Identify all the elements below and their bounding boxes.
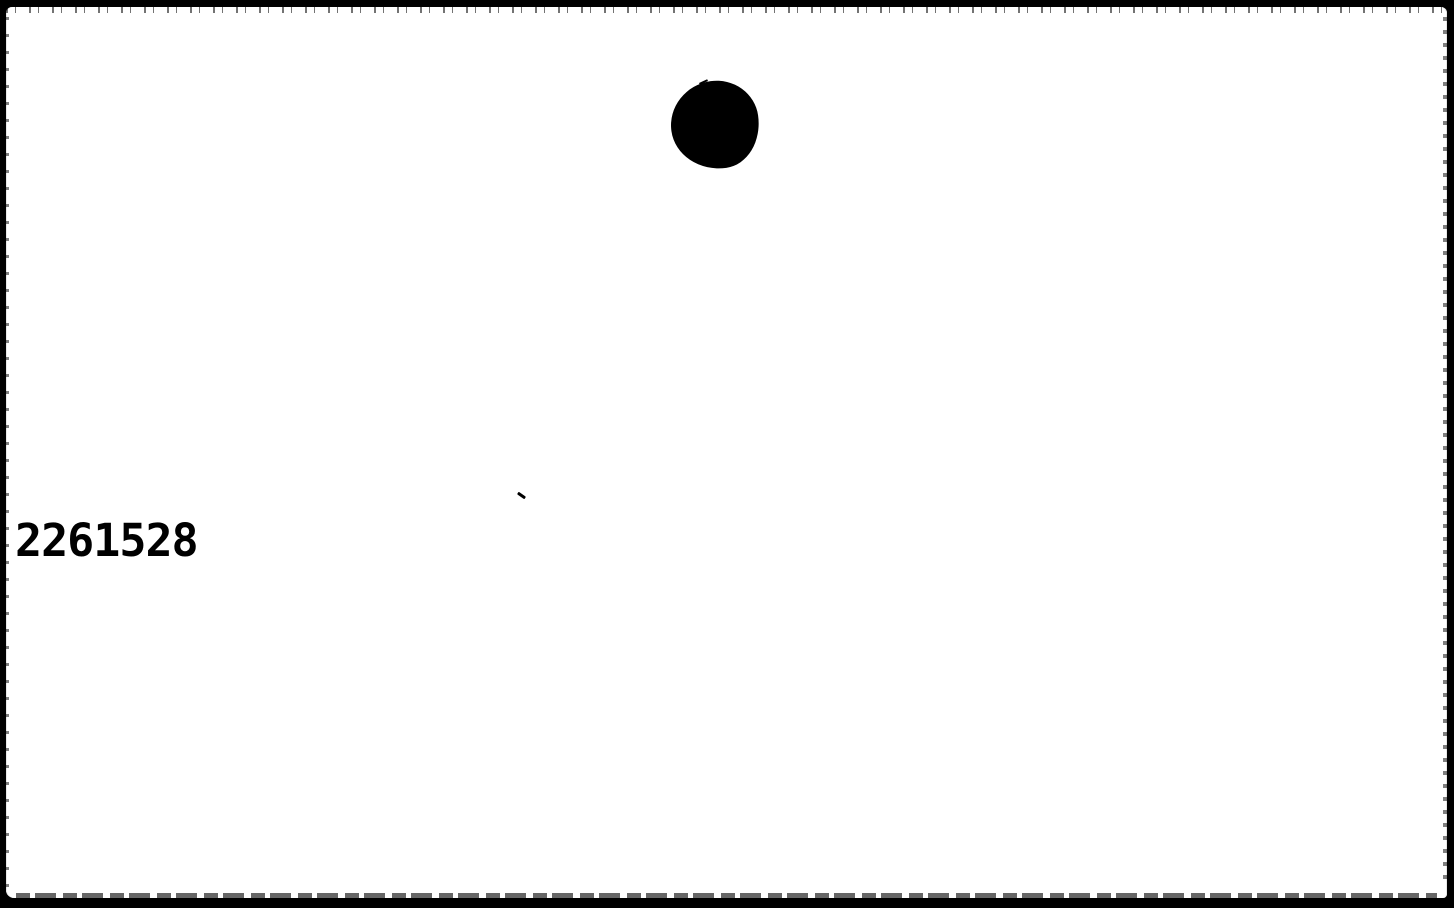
card-right-edge: [1443, 17, 1447, 888]
card-number: 2261528: [15, 518, 198, 563]
card-left-edge: [6, 17, 9, 888]
card-top-edge: [6, 7, 1447, 13]
card-bottom-edge: [16, 893, 1437, 898]
